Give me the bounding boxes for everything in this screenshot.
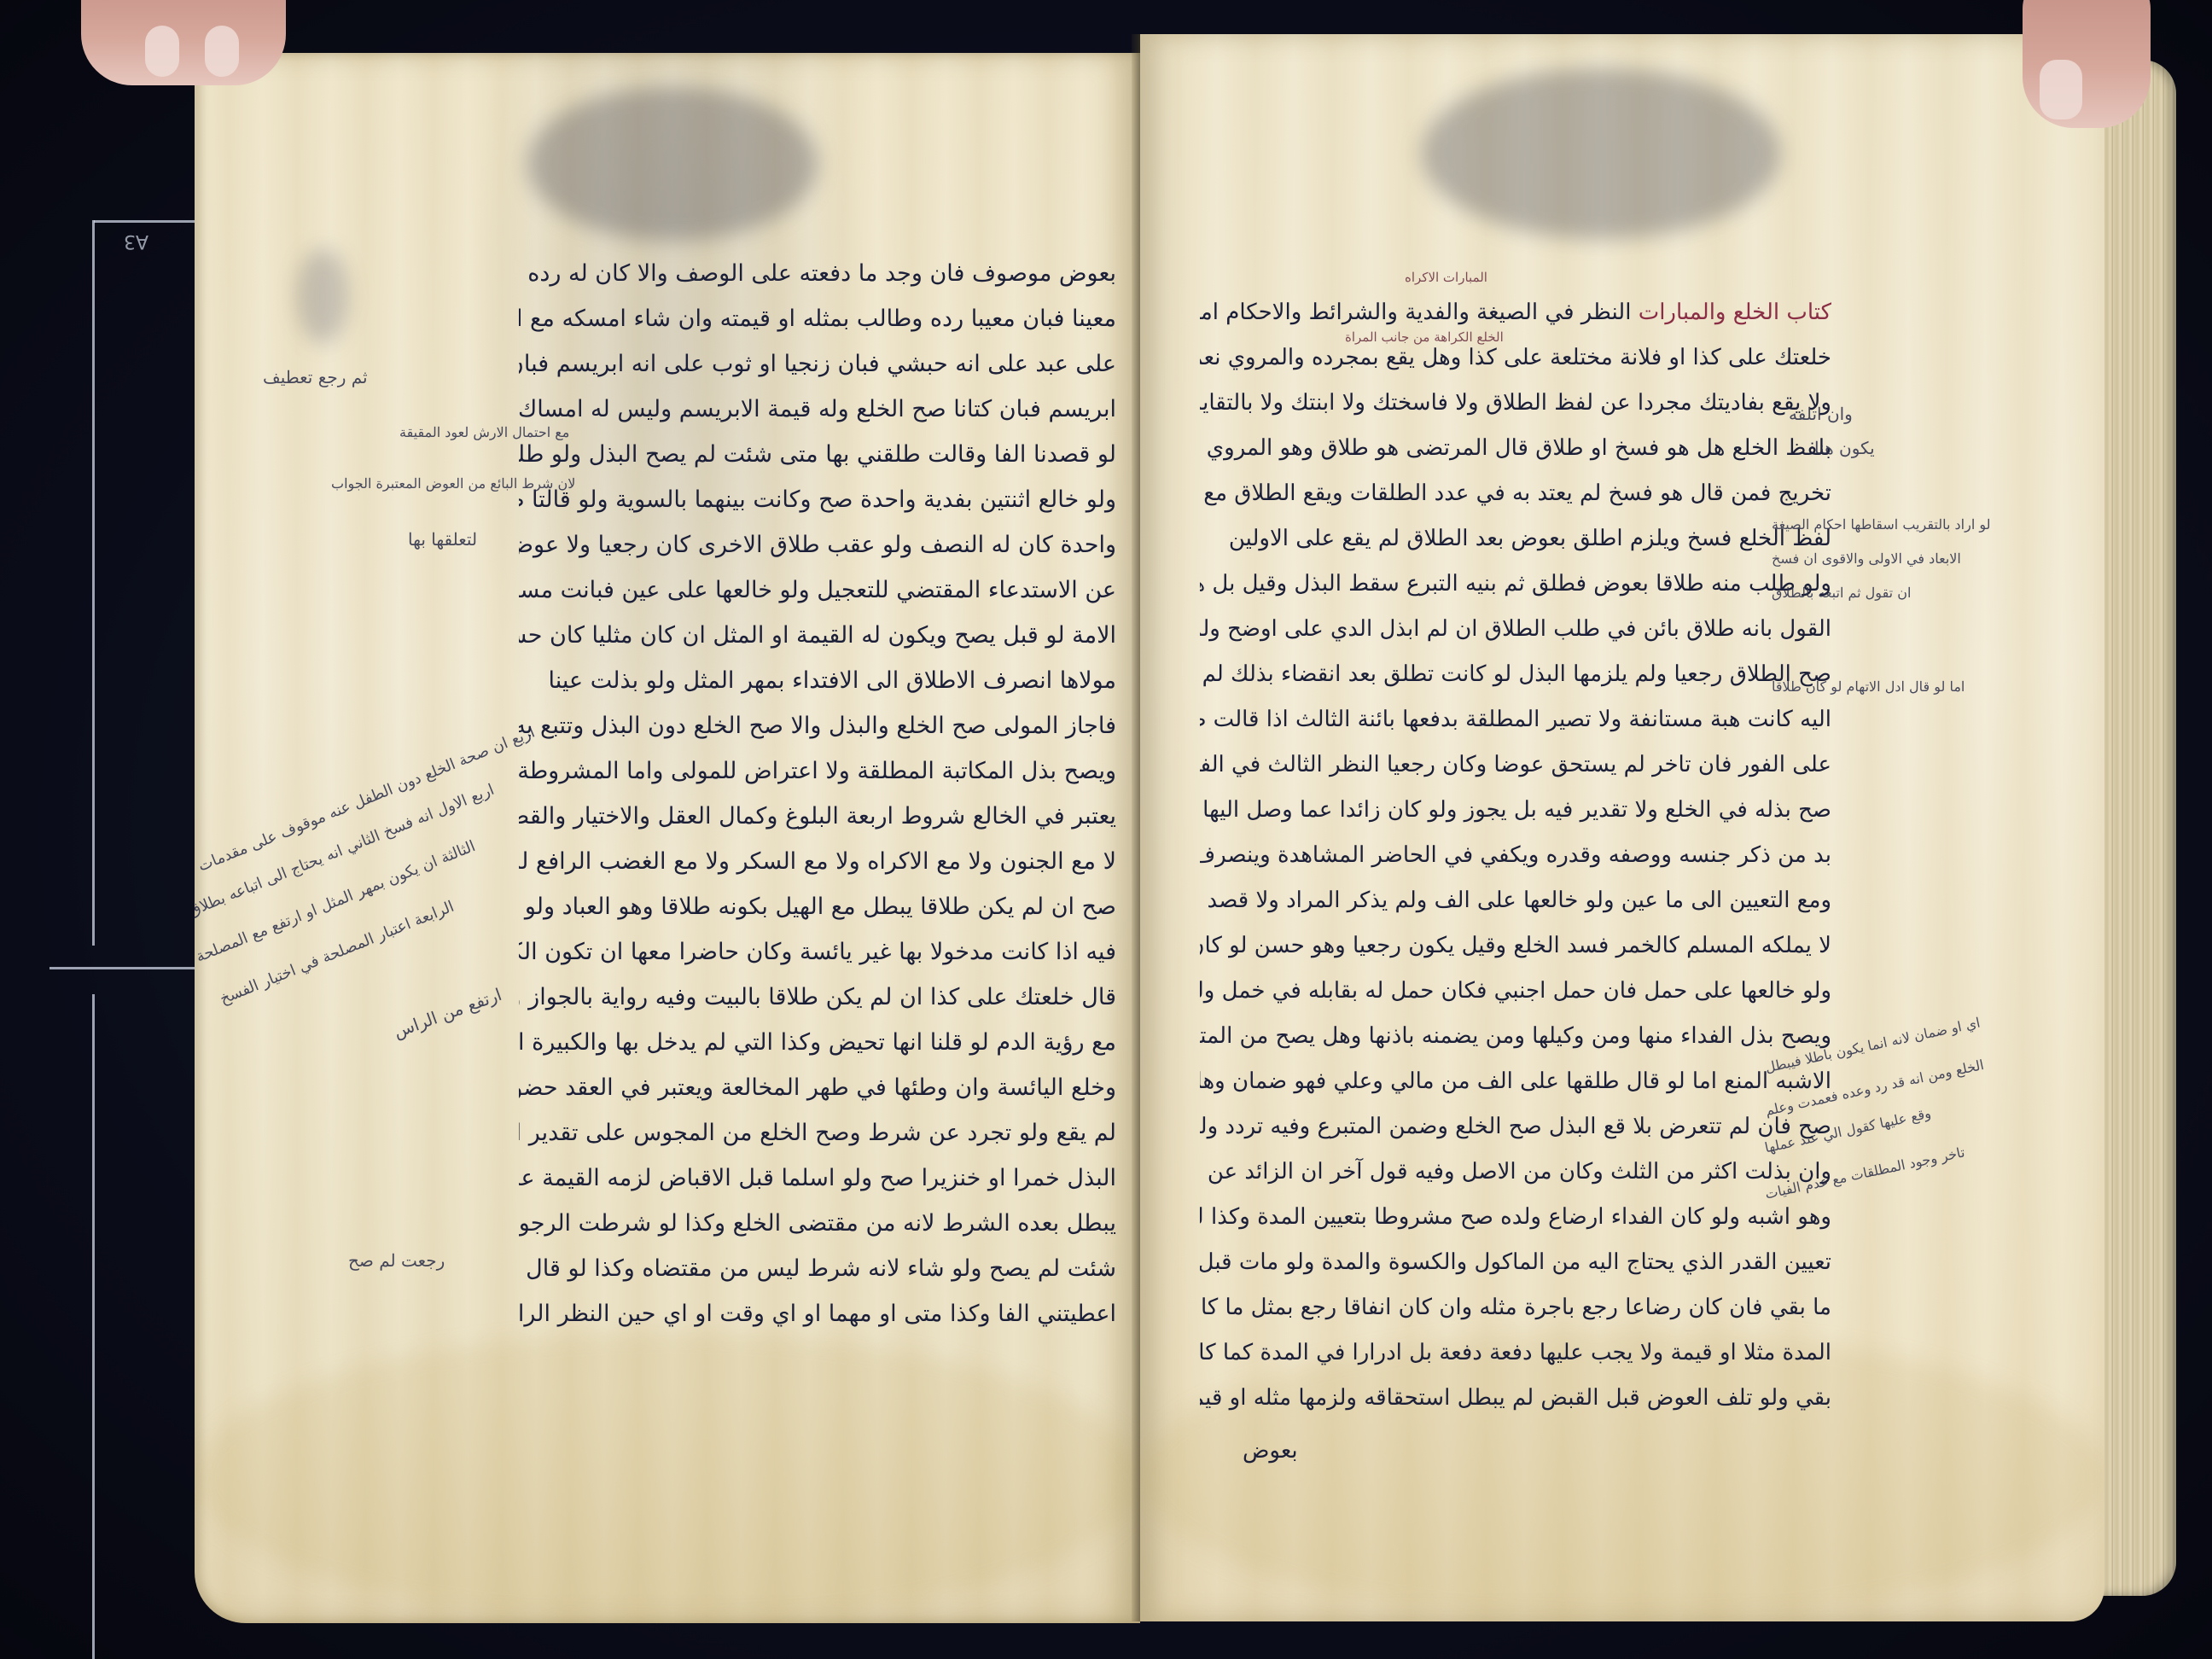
right-page: كتاب الخلع والمبارات النظر في الصيغة وال… (1140, 34, 2104, 1621)
chapter-heading-line: كتاب الخلع والمبارات النظر في الصيغة وال… (1200, 290, 1831, 335)
text-line: وخلع اليائسة وان وطئها في طهر المخالعة و… (519, 1065, 1116, 1110)
fingernail (2040, 60, 2082, 119)
left-hand-fingers (81, 0, 286, 85)
text-line: بلفظ الخلع هل هو فسخ او طلاق قال المرتضى… (1200, 426, 1831, 471)
text-line: لا يملكه المسلم كالخمر فسد الخلع وقيل يك… (1200, 923, 1831, 969)
left-main-text: بعوض موصوف فان وجد ما دفعته على الوصف وا… (519, 251, 1116, 1336)
text-line: صح بذله في الخلع ولا تقدير فيه بل يجوز و… (1200, 788, 1831, 833)
text-line: بد من ذكر جنسه ووصفه وقدره ويكفي في الحا… (1200, 833, 1831, 878)
right-main-text: كتاب الخلع والمبارات النظر في الصيغة وال… (1200, 290, 1831, 1421)
margin-note: رجعت لم صح (348, 1248, 445, 1273)
top-margin-note: المبارات الاكراه (1405, 265, 1487, 290)
margin-note: وان اتلفه (1789, 401, 1853, 427)
text-line: فيه اذا كانت مدخولا بها غير يائسة وكان ح… (519, 929, 1116, 975)
text-line: البذل خمرا او خنزيرا صح ولو اسلما قبل ال… (519, 1155, 1116, 1201)
text-line: اعطيتني الفا وكذا متى او مهما او اي وقت … (519, 1291, 1116, 1336)
margin-note: ثم رجع تعطيف (263, 364, 368, 390)
text-line: شئت لم يصح ولو شاء لانه شرط ليس من مقتضا… (519, 1246, 1116, 1291)
top-margin-note: الخلع الكراهة من جانب المراة (1345, 324, 1504, 350)
text-line: الامة لو قبل يصح ويكون له القيمة او المث… (519, 613, 1116, 658)
text-line: ويصح بذل المكاتبة المطلقة ولا اعتراض للم… (519, 748, 1116, 794)
text-line: وان بذلت اكثر من الثلث وكان من الاصل وفي… (1200, 1150, 1831, 1195)
text-line: صح الطلاق رجعيا ولم يلزمها البذل لو كانت… (1200, 652, 1831, 697)
margin-note: لتعلقها بها (408, 527, 477, 552)
text-line: الاشبه المنع اما لو قال طلقها على الف من… (1200, 1059, 1831, 1104)
text-line: لفظ الخلع فسخ ويلزم اطلق بعوض بعد الطلاق… (1200, 516, 1831, 562)
text-fragment: ويصح بذل المكاتبة المطلقة ولا اعتراض للم… (519, 758, 1116, 784)
text-line: وهو اشبه ولو كان الفداء ارضاع ولده صح مش… (1200, 1195, 1831, 1240)
text-line: معينا فبان معيبا رده وطالب بمثله او قيمت… (519, 296, 1116, 341)
ink-stain (527, 87, 818, 241)
text-line: بعوض موصوف فان وجد ما دفعته على الوصف وا… (519, 251, 1116, 296)
text-line: عن الاستدعاء المقتضي للتعجيل ولو خالعها … (519, 568, 1116, 613)
margin-note: لو اراد بالتقريب اسقاطها احكام الصيغة (1772, 512, 1991, 538)
ink-stain (1422, 68, 1780, 239)
text-line: على الفور فان تاخر لم يستحق عوضا وكان رج… (1200, 742, 1831, 788)
margin-note: الابعاد في الاولى والاقوى ان فسخ (1772, 546, 1961, 572)
chapter-heading: كتاب الخلع والمبارات (1639, 300, 1831, 325)
text-line: اليه كانت هبة مستانفة ولا تصير المطلقة ب… (1200, 697, 1831, 742)
text-line: ولو طلب منه طلاقا بعوض فطلق ثم بنيه التب… (1200, 562, 1831, 607)
text-line: واحدة كان له النصف ولو عقب طلاق الاخرى ك… (519, 522, 1116, 568)
text-line: تعيين القدر الذي يحتاج اليه من الماكول و… (1200, 1240, 1831, 1285)
fingernail (205, 26, 239, 77)
text-line: ولو خالع اثنتين بفدية واحدة صح وكانت بين… (519, 477, 1116, 522)
text-line: ابريسم فبان كتانا صح الخلع وله قيمة الاب… (519, 387, 1116, 432)
text-line: فاجاز المولى صح الخلع والبذل والا صح الخ… (519, 703, 1116, 748)
water-stain (195, 1333, 1140, 1623)
text-line: خلعتك على كذا او فلانة مختلعة على كذا وه… (1200, 335, 1831, 381)
margin-note: ارتفع من الراس (390, 981, 505, 1045)
text-line: ما بقي فان كان رضاعا رجع باجرة مثله وان … (1200, 1285, 1831, 1330)
grid-line (94, 220, 195, 223)
grid-line (92, 220, 95, 946)
text-line: ومع التعيين الى ما عين ولو خالعها على ال… (1200, 878, 1831, 923)
text-line: قال خلعتك على كذا ان لم يكن طلاقا بالبيت… (519, 975, 1116, 1020)
text-line: لو قصدنا الفا وقالت طلقني بها متى شئت لم… (519, 432, 1116, 477)
catchword: بعوض (1243, 1438, 1298, 1464)
text-line: ولو خالعها على حمل فان حمل اجنبي فكان حم… (1200, 969, 1831, 1014)
grid-line (92, 994, 95, 1659)
margin-note: اما لو قال ادل الاتهام لو كان طلاقا (1772, 674, 1965, 700)
margin-note: ان تقول ثم اتبعه بالطلاق (1772, 580, 1911, 606)
margin-note: مع احتمال الارش لعود المقيقة (399, 420, 569, 445)
ink-stain (297, 249, 348, 343)
text-line: ولا يقع بفاديتك مجردا عن لفظ الطلاق ولا … (1200, 381, 1831, 426)
text-line: لا مع الجنون ولا مع الاكراه ولا مع السكر… (519, 839, 1116, 884)
text-line: ويصح بذل الفداء منها ومن وكيلها ومن يضمن… (1200, 1014, 1831, 1059)
backdrop-label: A3 (124, 230, 148, 252)
fingernail (145, 26, 179, 77)
text-line: لم يقع ولو تجرد عن شرط وصح الخلع من المج… (519, 1110, 1116, 1155)
text-line: على عبد على انه حبشي فبان زنجيا او ثوب ع… (519, 341, 1116, 387)
text-line: صح فان لم تتعرض بلا قع البذل صح الخلع وض… (1200, 1104, 1831, 1150)
margin-note: يكون هنا (1814, 435, 1875, 461)
text-line: القول بانه طلاق بائن في طلب الطلاق ان لم… (1200, 607, 1831, 652)
text-line: تخريج فمن قال هو فسخ لم يعتد به في عدد ا… (1200, 471, 1831, 516)
text-line: بقي ولو تلف العوض قبل القبض لم يبطل استح… (1200, 1376, 1831, 1421)
text-line: مولاها انصرف الاطلاق الى الافتداء بمهر ا… (519, 658, 1116, 703)
text-line: صح ان لم يكن طلاقا يبطل مع الهيل بكونه ط… (519, 884, 1116, 929)
margin-note: لان شرط البائع من العوض المعتبرة الجواب (331, 471, 575, 497)
chapter-heading-subtitle: النظر في الصيغة والفدية والشرائط والاحكا… (1200, 300, 1631, 325)
text-line: يبطل بعده الشرط لانه من مقتضى الخلع وكذا… (519, 1201, 1116, 1246)
text-line: المدة مثلا او قيمة ولا يجب عليها دفعة دف… (1200, 1330, 1831, 1376)
left-page: بعوض موصوف فان وجد ما دفعته على الوصف وا… (195, 53, 1140, 1623)
text-line: مع رؤية الدم لو قلنا انها تحيض وكذا التي… (519, 1020, 1116, 1065)
grid-line (49, 967, 195, 969)
